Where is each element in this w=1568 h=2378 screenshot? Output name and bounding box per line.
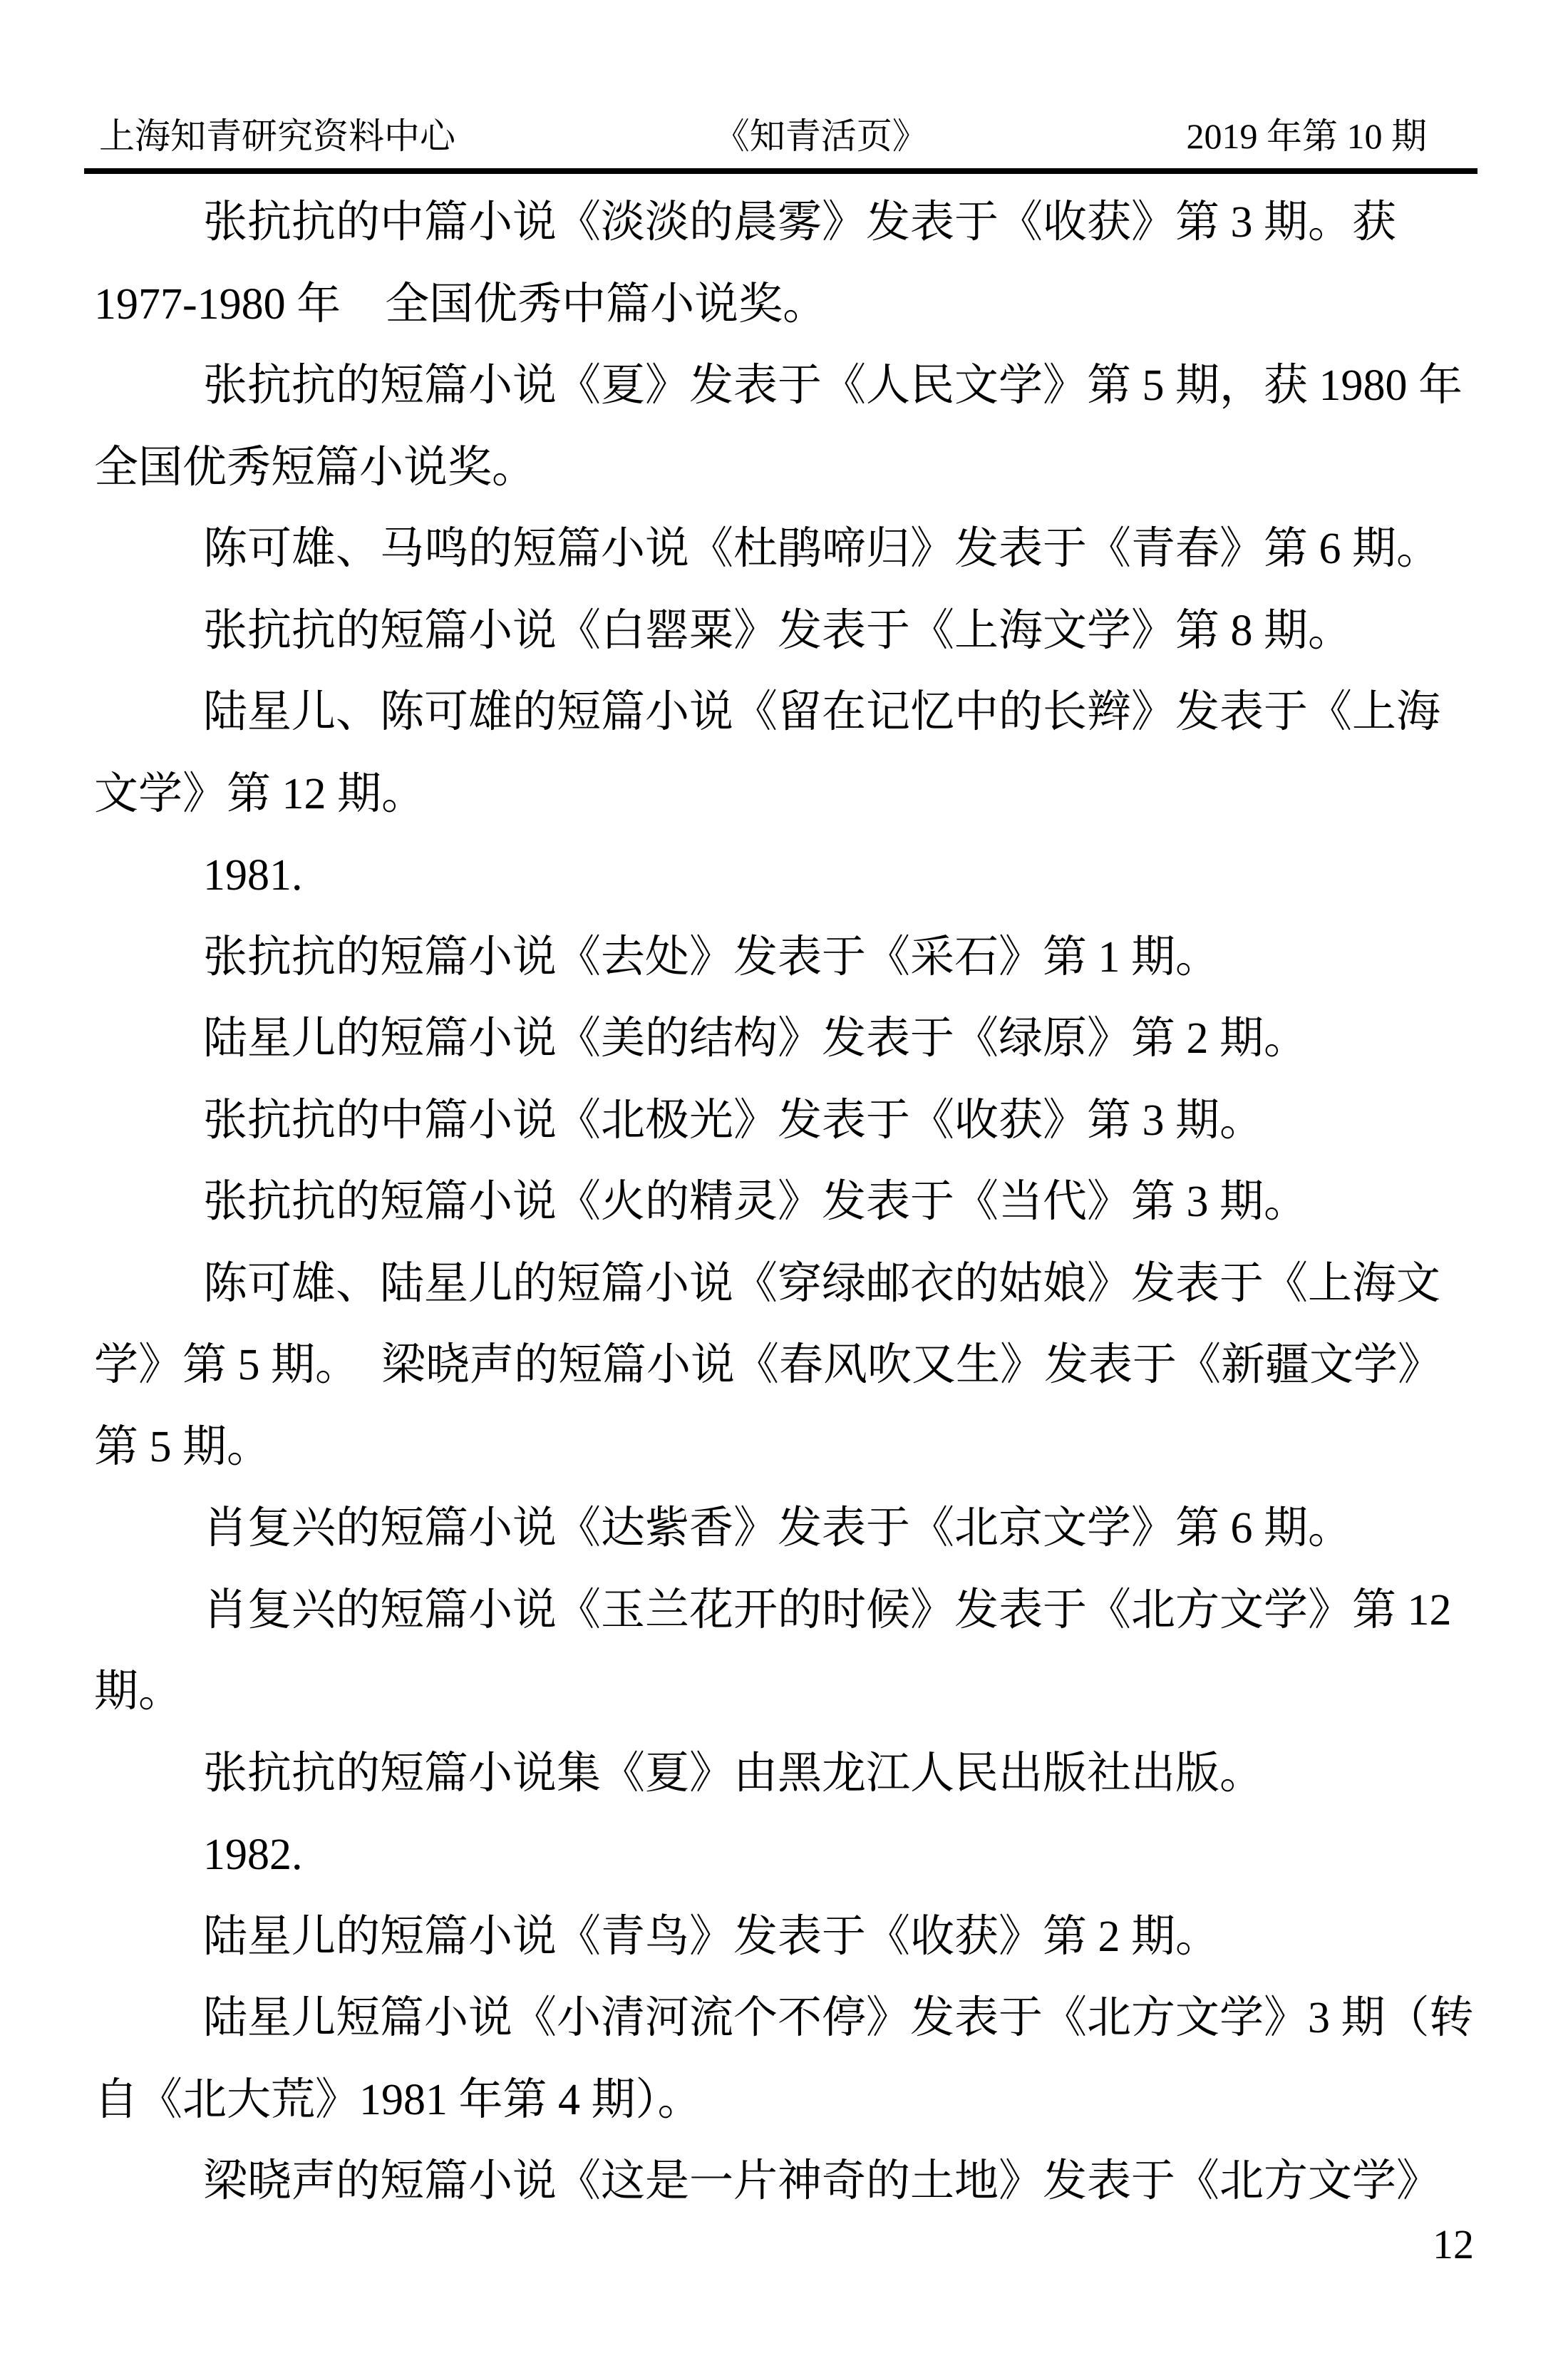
text-line: 肖复兴的短篇小说《达紫香》发表于《北京文学》第 6 期。 xyxy=(94,1488,1477,1570)
text-line: 陆星儿短篇小说《小清河流个不停》发表于《北方文学》3 期（转 xyxy=(94,1977,1477,2059)
header-rule-divider xyxy=(84,168,1477,174)
text-line: 陆星儿的短篇小说《青鸟》发表于《收获》第 2 期。 xyxy=(94,1896,1477,1978)
page-header: 上海知青研究资料中心 《知青活页》 2019 年第 10 期 xyxy=(99,113,1427,160)
text-line: 自《北大荒》1981 年第 4 期）。 xyxy=(94,2059,1477,2141)
text-line: 张抗抗的短篇小说《白罂粟》发表于《上海文学》第 8 期。 xyxy=(94,590,1477,672)
text-line: 梁晓声的短篇小说《这是一片神奇的土地》发表于《北方文学》 xyxy=(94,2141,1477,2223)
text-line: 张抗抗的短篇小说集《夏》由黑龙江人民出版社出版。 xyxy=(94,1733,1477,1815)
document-body-text: 张抗抗的中篇小说《淡淡的晨雾》发表于《收获》第 3 期。获1977-1980 年… xyxy=(94,182,1477,2223)
document-page: 上海知青研究资料中心 《知青活页》 2019 年第 10 期 张抗抗的中篇小说《… xyxy=(0,0,1568,2378)
text-line: 张抗抗的中篇小说《北极光》发表于《收获》第 3 期。 xyxy=(94,1080,1477,1162)
page-number: 12 xyxy=(1433,2221,1474,2268)
text-line: 1977-1980 年 全国优秀中篇小说奖。 xyxy=(94,264,1477,346)
text-line: 1981. xyxy=(94,835,1477,917)
text-line: 张抗抗的中篇小说《淡淡的晨雾》发表于《收获》第 3 期。获 xyxy=(94,182,1477,264)
text-line: 1982. xyxy=(94,1814,1477,1896)
text-line: 张抗抗的短篇小说《火的精灵》发表于《当代》第 3 期。 xyxy=(94,1161,1477,1243)
text-line: 张抗抗的短篇小说《去处》发表于《采石》第 1 期。 xyxy=(94,917,1477,999)
text-line: 期。 xyxy=(94,1651,1477,1733)
text-line: 肖复兴的短篇小说《玉兰花开的时候》发表于《北方文学》第 12 xyxy=(94,1570,1477,1652)
header-publication-title: 《知青活页》 xyxy=(714,113,928,160)
text-line: 全国优秀短篇小说奖。 xyxy=(94,427,1477,509)
text-line: 陈可雄、马鸣的短篇小说《杜鹃啼归》发表于《青春》第 6 期。 xyxy=(94,508,1477,590)
text-line: 第 5 期。 xyxy=(94,1406,1477,1488)
header-org-name: 上海知青研究资料中心 xyxy=(99,113,455,160)
text-line: 陈可雄、陆星儿的短篇小说《穿绿邮衣的姑娘》发表于《上海文 xyxy=(94,1243,1477,1325)
text-line: 张抗抗的短篇小说《夏》发表于《人民文学》第 5 期，获 1980 年 xyxy=(94,345,1477,427)
text-line: 陆星儿、陈可雄的短篇小说《留在记忆中的长辫》发表于《上海 xyxy=(94,671,1477,753)
text-line: 陆星儿的短篇小说《美的结构》发表于《绿原》第 2 期。 xyxy=(94,998,1477,1080)
header-issue-info: 2019 年第 10 期 xyxy=(1187,113,1428,160)
text-line: 学》第 5 期。 梁晓声的短篇小说《春风吹又生》发表于《新疆文学》 xyxy=(94,1324,1477,1406)
text-line: 文学》第 12 期。 xyxy=(94,753,1477,835)
